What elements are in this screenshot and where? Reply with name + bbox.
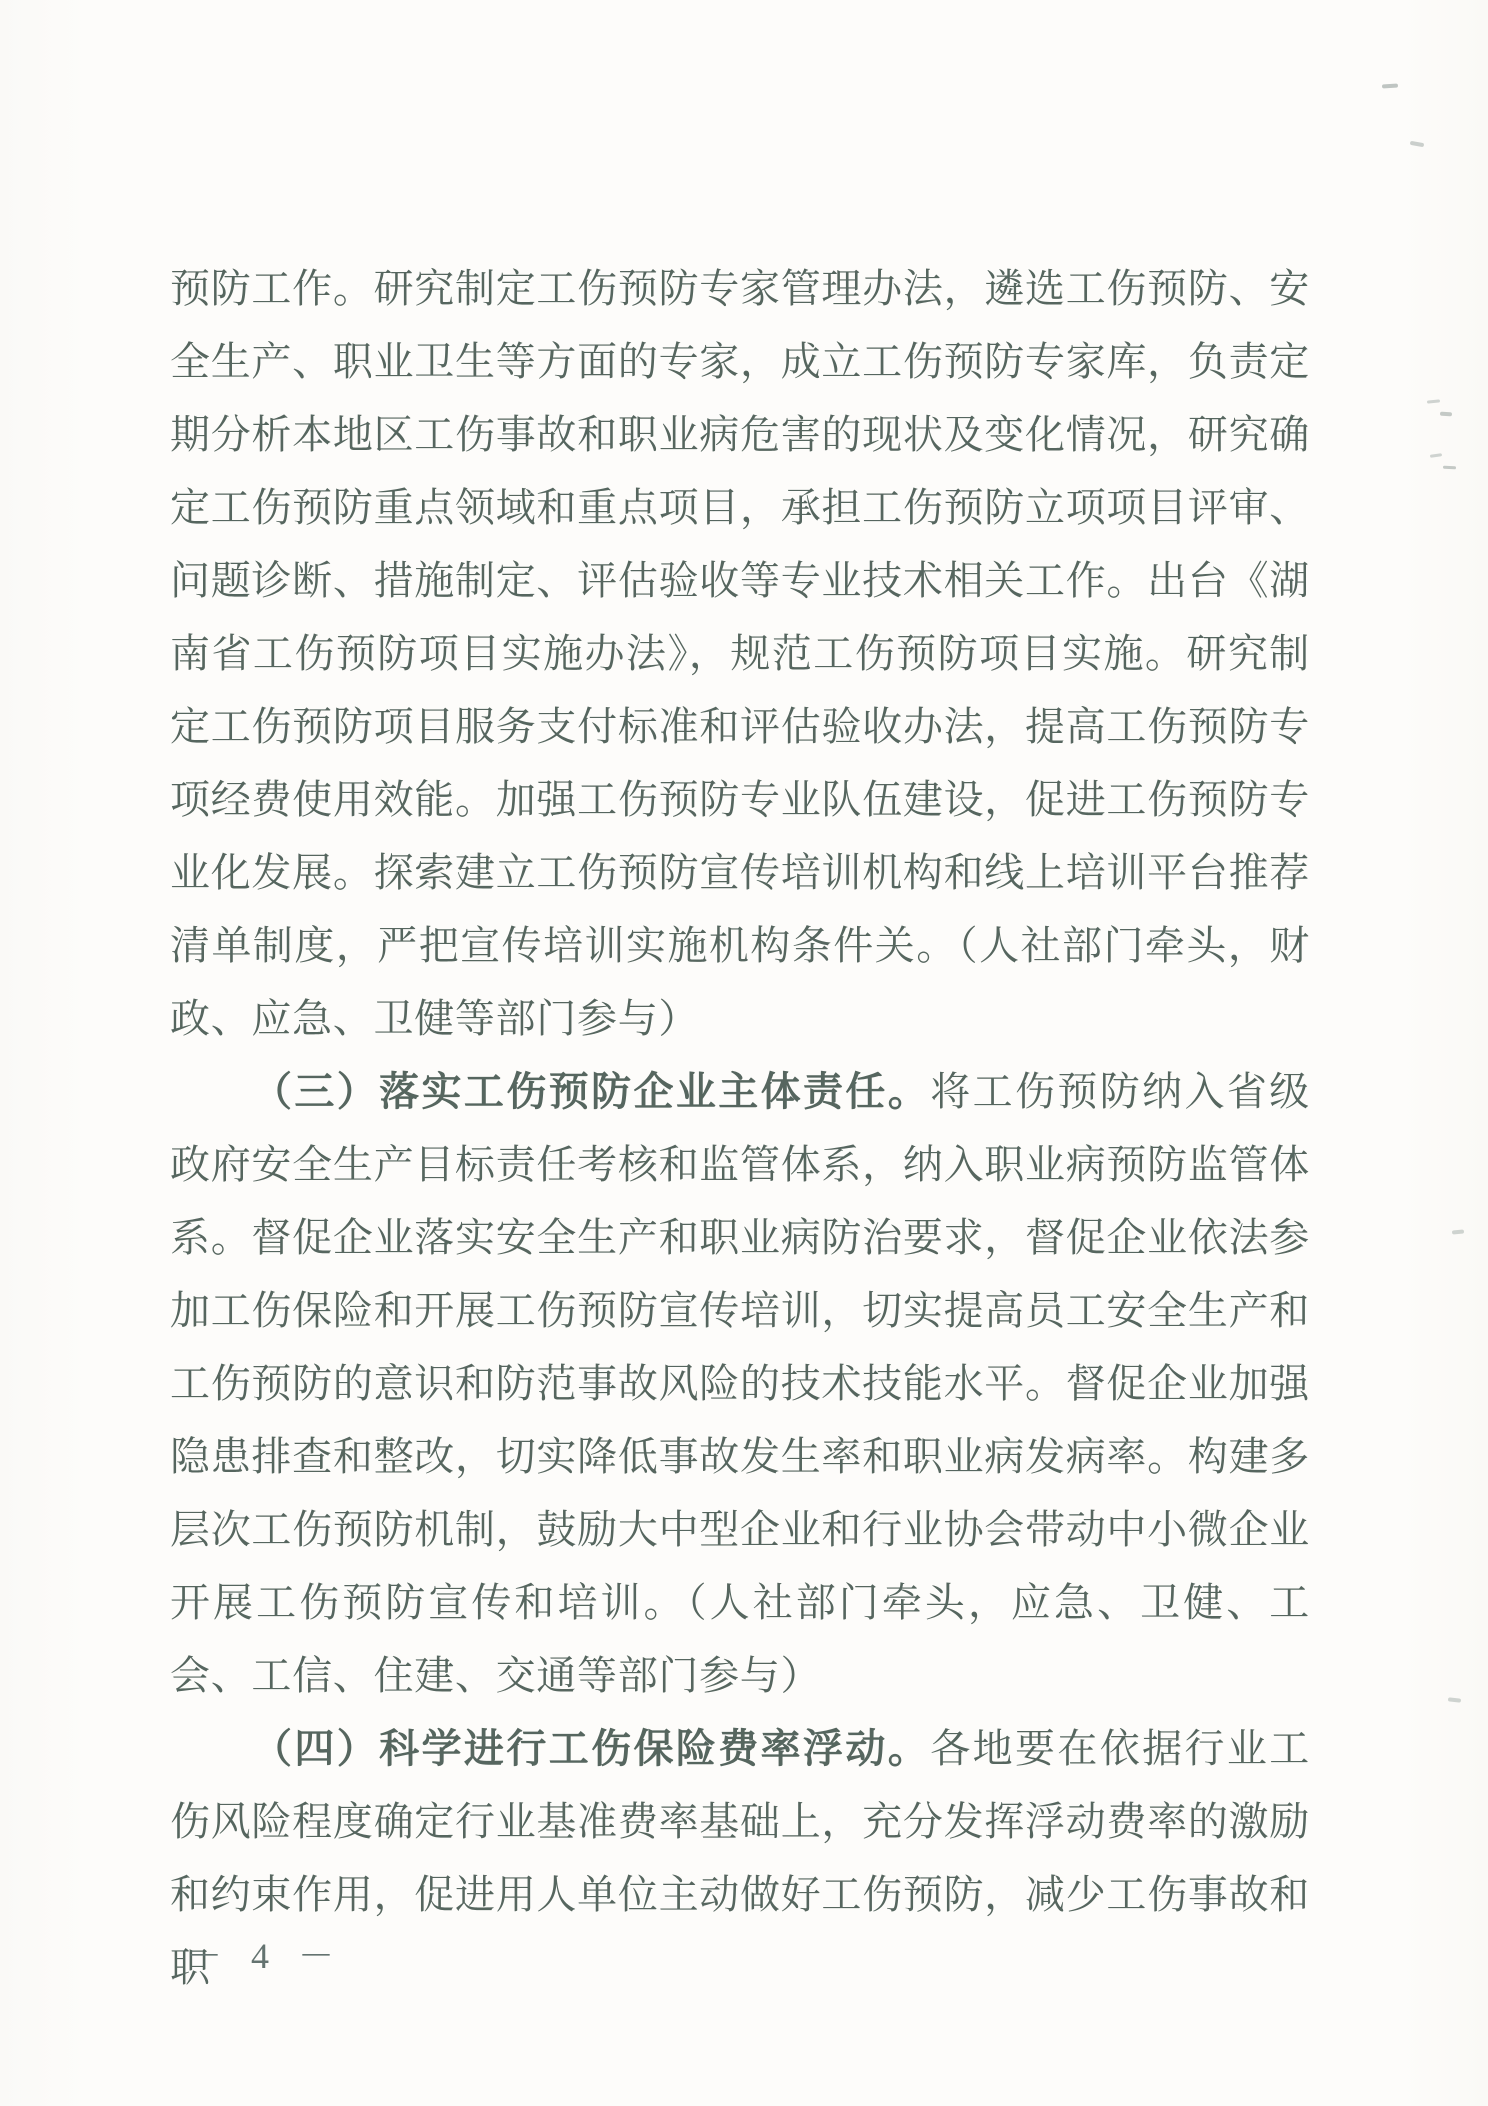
- page-number: － 4 －: [186, 1936, 344, 1976]
- paragraph-lead: （三）落实工伤预防企业主体责任。: [252, 1069, 930, 1114]
- scan-artifact: [1443, 466, 1456, 470]
- scan-artifact: [1452, 1229, 1464, 1234]
- scan-artifact: [1382, 83, 1398, 88]
- scan-artifact: [1448, 1697, 1461, 1702]
- scan-artifact: [1427, 399, 1440, 403]
- paragraph-lead: （四）科学进行工伤保险费率浮动。: [252, 1726, 930, 1771]
- scan-artifact: [1410, 141, 1424, 147]
- scan-artifact: [1440, 412, 1452, 417]
- paragraph-continuation: 预防工作。研究制定工伤预防专家管理办法，遴选工伤预防、安全生产、职业卫生等方面的…: [170, 252, 1310, 1055]
- paragraph-text: 将工伤预防纳入省级政府安全生产目标责任考核和监管体系，纳入职业病预防监管体系。督…: [170, 1069, 1310, 1698]
- document-body: 预防工作。研究制定工伤预防专家管理办法，遴选工伤预防、安全生产、职业卫生等方面的…: [170, 252, 1310, 2004]
- scan-artifact: [1430, 453, 1442, 458]
- paragraph-text: 预防工作。研究制定工伤预防专家管理办法，遴选工伤预防、安全生产、职业卫生等方面的…: [170, 266, 1310, 1041]
- scanned-document-page: 预防工作。研究制定工伤预防专家管理办法，遴选工伤预防、安全生产、职业卫生等方面的…: [0, 0, 1488, 2106]
- paragraph-item-three: （三）落实工伤预防企业主体责任。将工伤预防纳入省级政府安全生产目标责任考核和监管…: [170, 1055, 1310, 1712]
